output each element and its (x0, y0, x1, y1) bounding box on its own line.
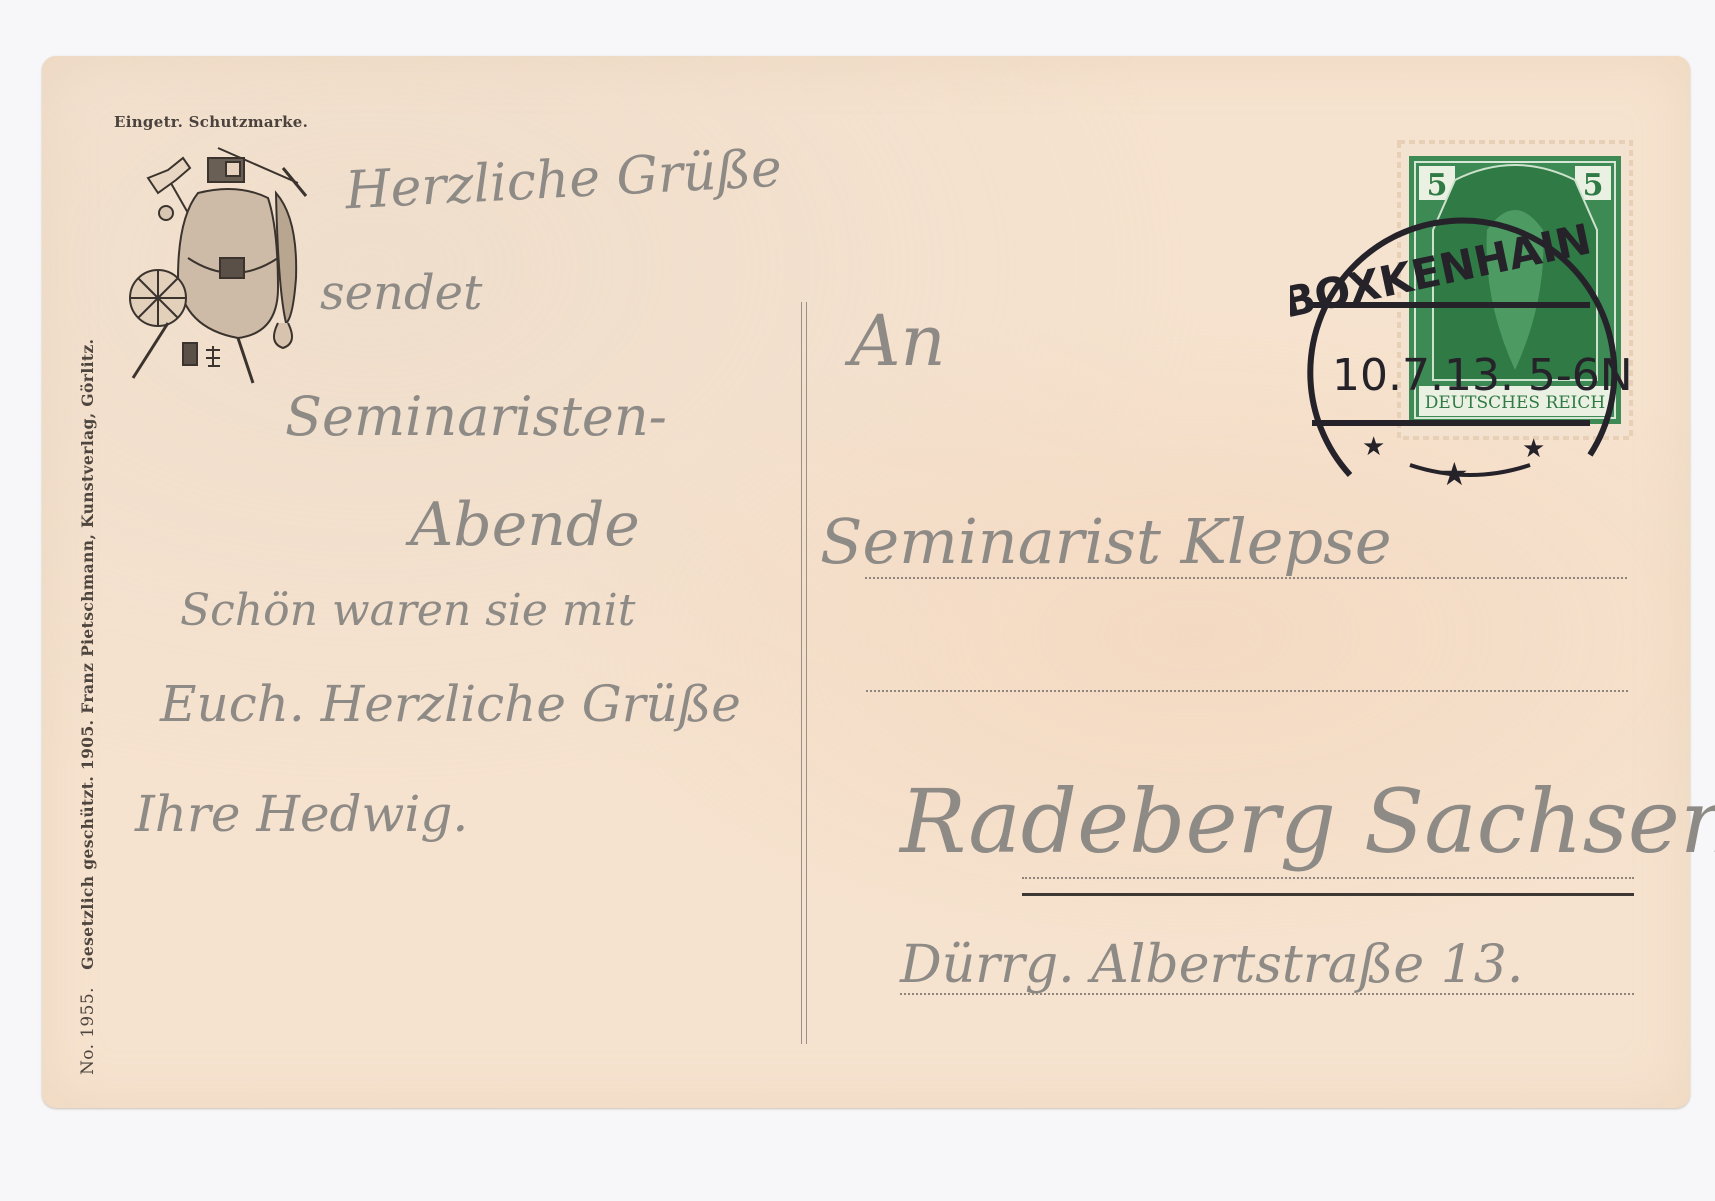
svg-text:10.7.13. 5-6N.: 10.7.13. 5-6N. (1332, 350, 1630, 401)
message-address-divider (801, 302, 807, 1044)
message-line: Ihre Hedwig. (135, 785, 468, 843)
address-line-2 (866, 690, 1628, 692)
svg-text:★: ★ (1522, 434, 1545, 464)
message-line: Schön waren sie mit (180, 585, 635, 636)
address-street: Dürrg. Albertstraße 13. (900, 935, 1523, 995)
address-recipient: Seminarist Klepse (820, 505, 1392, 578)
message-line: Abende (410, 490, 640, 560)
postmark-cancel: BOXKENHAIN 10.7.13. 5-6N. ★ ★ ★ (1290, 195, 1630, 515)
address-an: An (850, 300, 946, 382)
publisher-line: Gesetzlich geschützt. 1905. Franz Pietsc… (78, 339, 97, 970)
message-line: Seminaristen- (285, 385, 667, 448)
city-underline (1022, 893, 1634, 896)
card-number: No. 1955. (78, 987, 98, 1075)
message-line: Euch. Herzliche Grüße (160, 675, 741, 733)
svg-text:★: ★ (1440, 455, 1469, 493)
hiking-gear-emblem-icon (128, 138, 333, 388)
svg-text:★: ★ (1362, 432, 1385, 462)
trademark-label: Eingetr. Schutzmarke. (114, 113, 308, 131)
publisher-imprint: No. 1955. Gesetzlich geschützt. 1905. Fr… (78, 339, 98, 1075)
address-city: Radeberg Sachsen (900, 770, 1715, 873)
svg-text:BOXKENHAIN: BOXKENHAIN (1290, 214, 1595, 327)
message-line: sendet (320, 265, 482, 321)
address-line-3 (1022, 877, 1634, 879)
